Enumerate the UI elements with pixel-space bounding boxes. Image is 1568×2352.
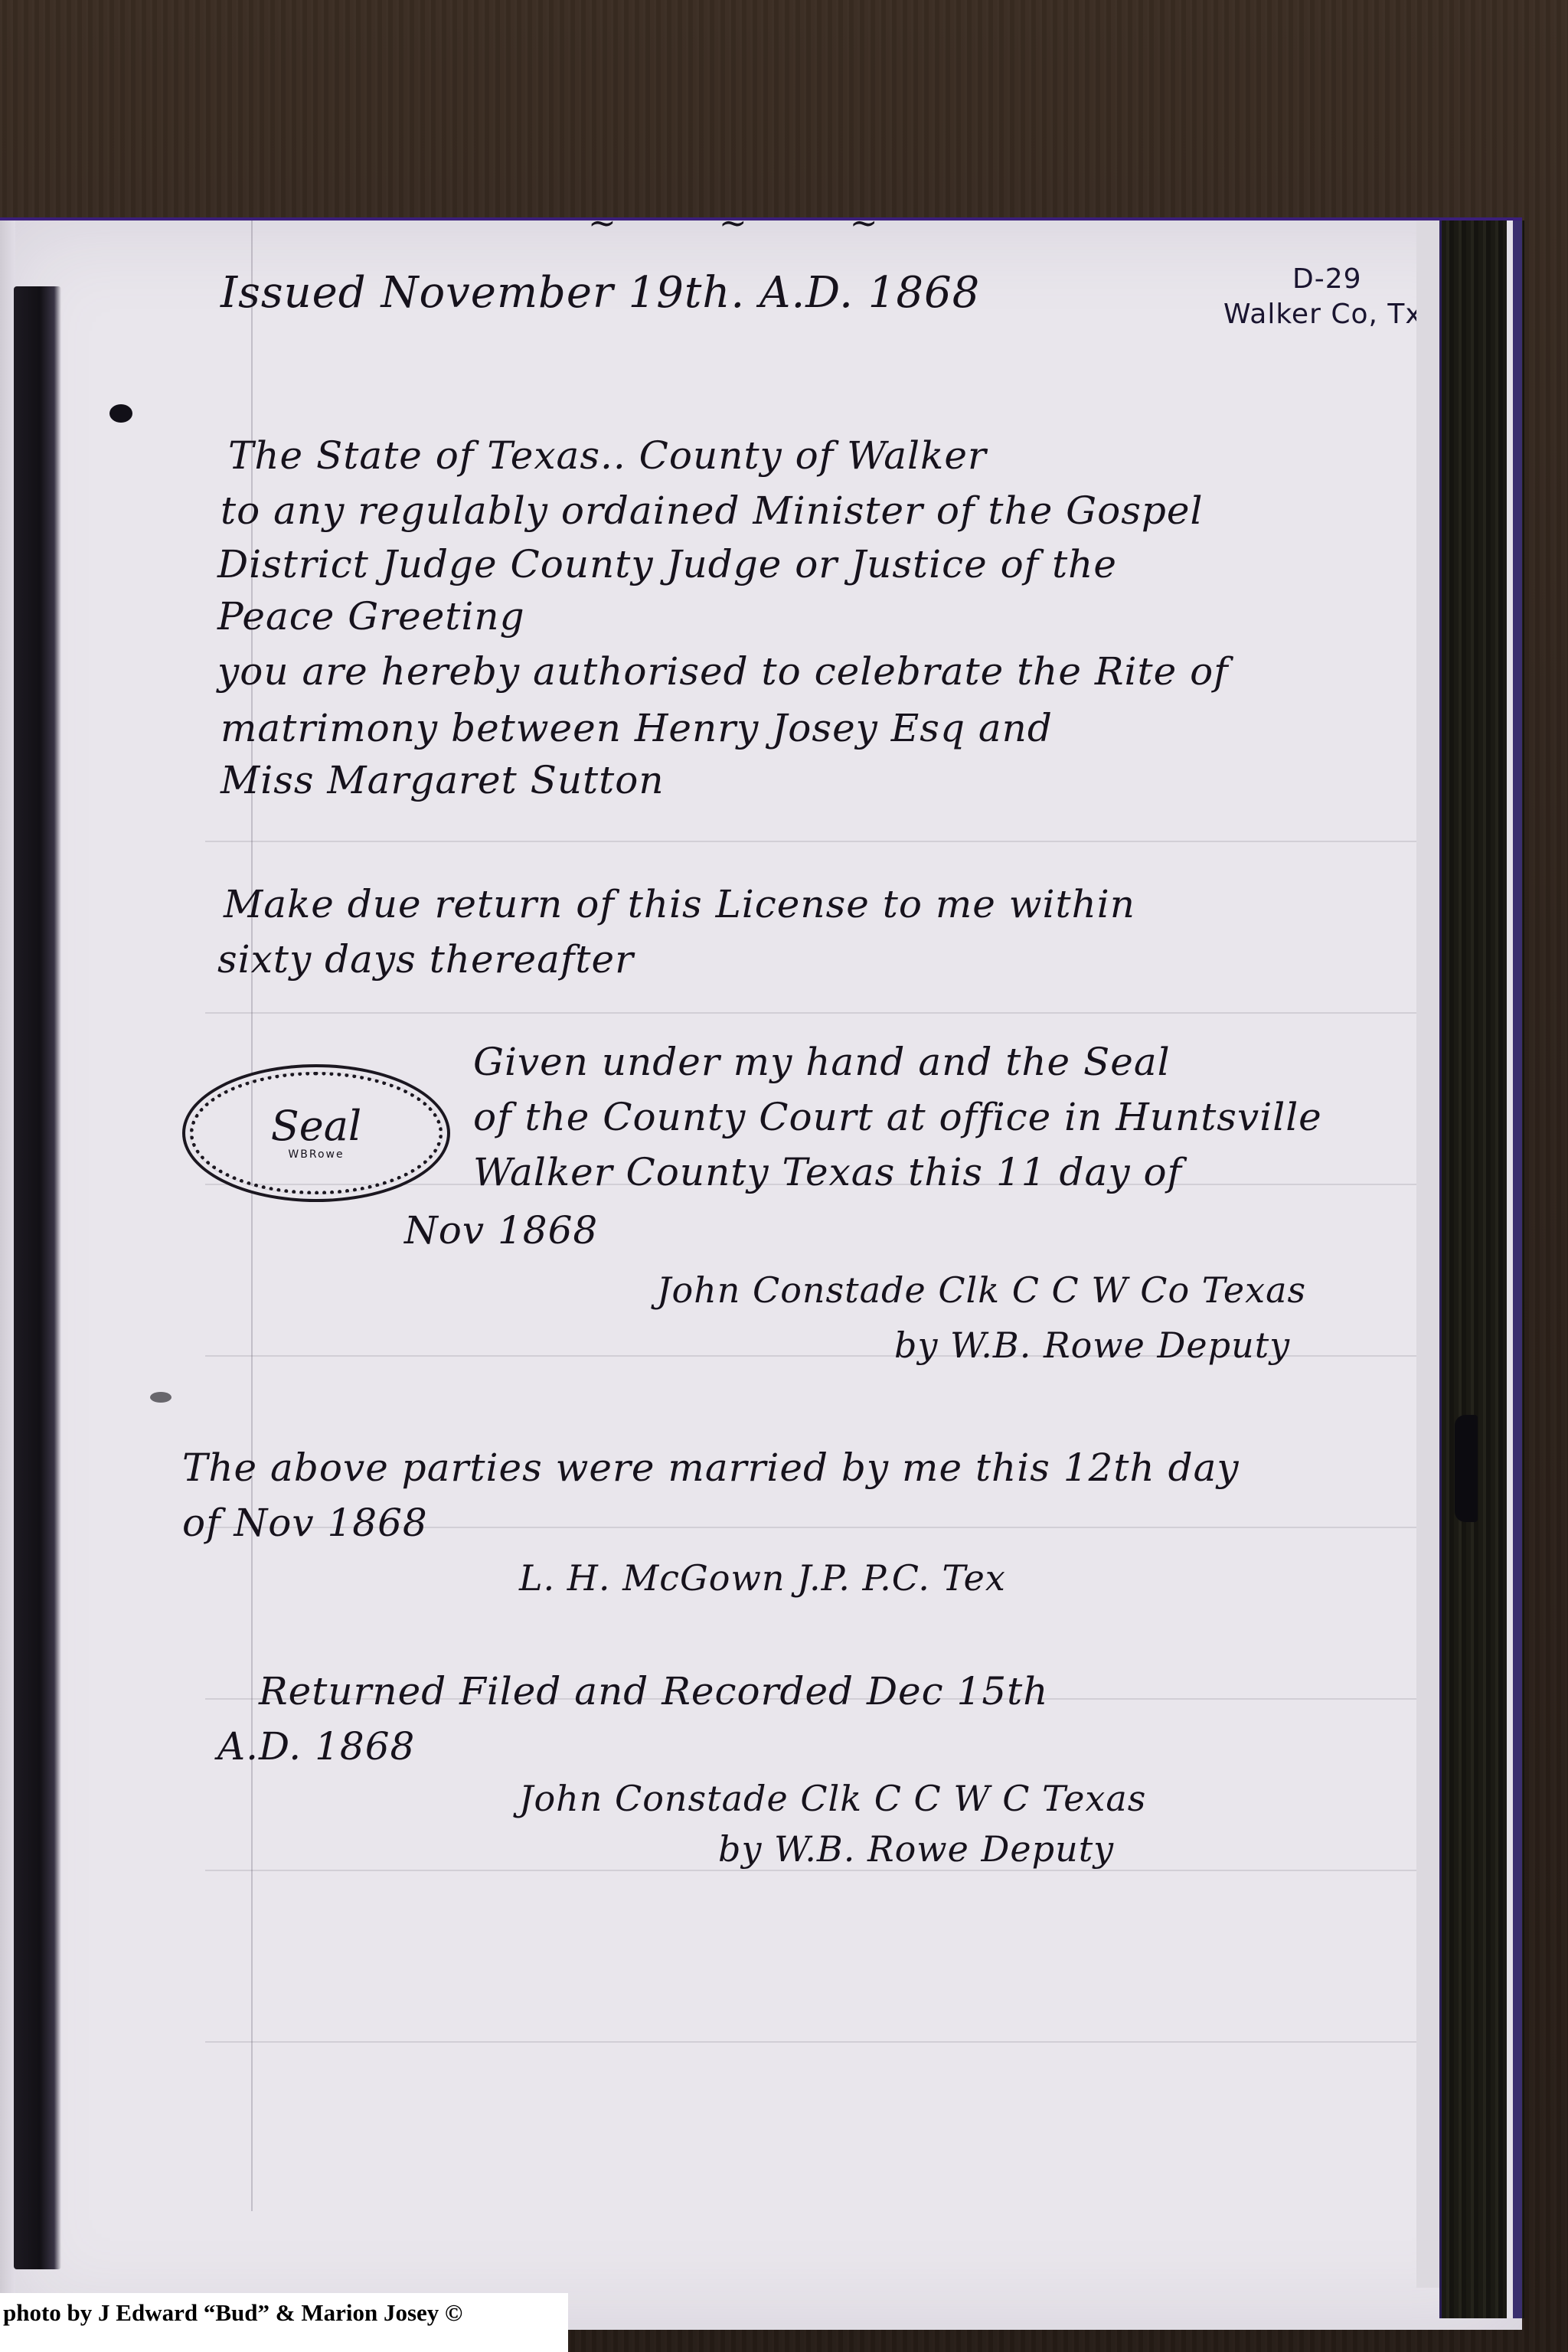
page-gutter — [1416, 220, 1439, 2288]
book-page-edge — [1507, 220, 1522, 2318]
clerk-signature-2-line-2: by W.B. Rowe Deputy — [718, 1828, 1114, 1870]
marriage-certification-line-2: of Nov 1868 — [182, 1501, 428, 1545]
marriage-certification-line-1: The above parties were married by me thi… — [182, 1445, 1240, 1490]
return-instruction-line-2: sixty days thereafter — [217, 937, 634, 982]
license-body-line-5: you are hereby authorised to celebrate t… — [217, 649, 1229, 694]
given-under-line-3: Walker County Texas this 11 day of — [473, 1150, 1182, 1194]
officiant-signature: L. H. McGown J.P. P.C. Tex — [519, 1557, 1006, 1599]
sheet-left-margin — [0, 220, 15, 2330]
county-court-seal: Seal WBRowe — [190, 1072, 443, 1194]
license-body-line-4: Peace Greeting — [217, 594, 525, 639]
clerk-signature-1-line-2: by W.B. Rowe Deputy — [894, 1325, 1290, 1366]
license-body-line-2: to any regulably ordained Minister of th… — [220, 488, 1203, 533]
photo-credit-caption: photo by J Edward “Bud” & Marion Josey © — [0, 2293, 568, 2352]
reference-number: D-29 — [1292, 263, 1362, 295]
clerk-signature-2-line-1: John Constade Clk C C W C Texas — [519, 1778, 1146, 1819]
given-under-line-1: Given under my hand and the Seal — [473, 1040, 1171, 1084]
license-body-line-7: Miss Margaret Sutton — [220, 758, 665, 802]
header-fragment: ~ ~ ~ — [588, 204, 924, 243]
ink-blot — [150, 1392, 171, 1403]
seal-word: Seal — [271, 1106, 361, 1147]
reference-county: Walker Co, Tx — [1223, 299, 1423, 330]
recording-note-line-1: Returned Filed and Recorded Dec 15th — [259, 1669, 1048, 1713]
clerk-signature-1-line-1: John Constade Clk C C W Co Texas — [657, 1269, 1306, 1311]
license-body-line-1: The State of Texas.. County of Walker — [228, 433, 987, 478]
ink-blot — [109, 404, 132, 423]
binding-shadow-left — [14, 286, 61, 2269]
given-under-line-2: of the County Court at office in Huntsvi… — [473, 1095, 1322, 1139]
photo-credit-text: photo by J Edward “Bud” & Marion Josey © — [3, 2299, 462, 2327]
binder-clip — [1455, 1415, 1478, 1522]
given-under-line-4: Nov 1868 — [404, 1208, 598, 1253]
recording-note-line-2: A.D. 1868 — [217, 1724, 415, 1769]
license-body-line-6: matrimony between Henry Josey Esq and — [220, 706, 1053, 750]
ledger-page: ~ ~ ~ Issued November 19th. A.D. 1868 D-… — [67, 220, 1438, 2330]
issued-date-line: Issued November 19th. A.D. 1868 — [220, 268, 980, 318]
seal-initials: WBRowe — [288, 1148, 344, 1161]
license-body-line-3: District Judge County Judge or Justice o… — [217, 542, 1117, 586]
return-instruction-line-1: Make due return of this License to me wi… — [224, 882, 1135, 926]
photocopy-sheet: ~ ~ ~ Issued November 19th. A.D. 1868 D-… — [0, 217, 1522, 2330]
